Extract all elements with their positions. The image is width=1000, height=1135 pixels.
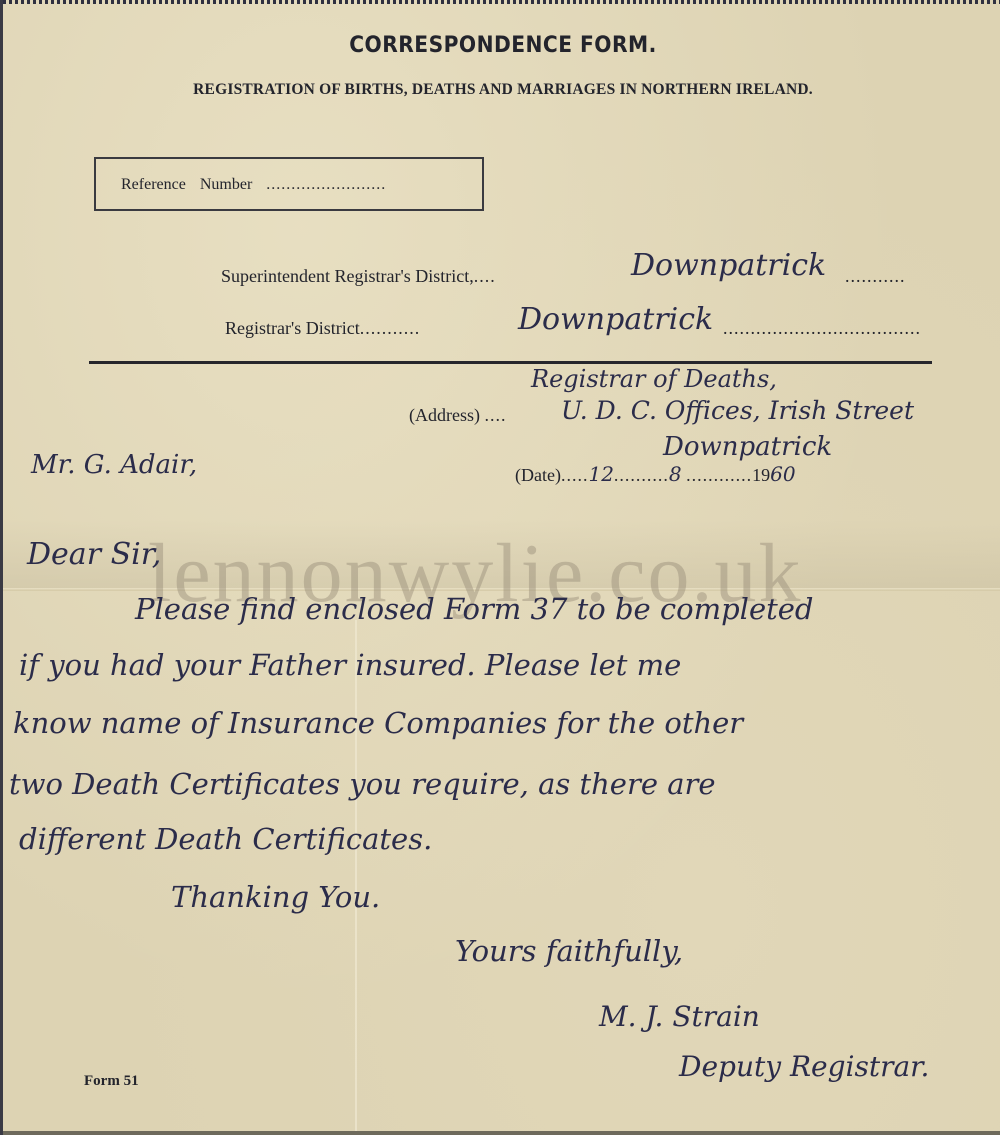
address-value: U. D. C. Offices, Irish Street xyxy=(561,396,914,425)
leader-dots: ........... xyxy=(360,318,421,338)
horizontal-rule xyxy=(89,361,932,364)
letter-line: different Death Certificates. xyxy=(19,822,432,856)
letter-line: know name of Insurance Companies for the… xyxy=(13,706,743,740)
registrar-district-label: Registrar's District xyxy=(225,318,360,338)
form-number: Form 51 xyxy=(84,1073,139,1090)
address-line-above: Registrar of Deaths, xyxy=(531,365,777,393)
address-line-below: Downpatrick xyxy=(663,432,832,462)
superintendent-district-label: Superintendent Registrar's District, xyxy=(221,266,474,286)
reference-label-2: Number xyxy=(200,176,252,193)
date-year-prefix: 19 xyxy=(752,465,770,485)
address-row: (Address) .... xyxy=(409,405,506,426)
date-year-suffix: 60 xyxy=(770,462,795,486)
reference-label-1: Reference xyxy=(121,176,186,193)
leader-dots: ..... xyxy=(561,465,589,485)
form-subtitle: REGISTRATION OF BIRTHS, DEATHS AND MARRI… xyxy=(3,81,1000,99)
letter-salutation: Dear Sir, xyxy=(27,537,161,572)
superintendent-district-row: Superintendent Registrar's District,.... xyxy=(221,266,496,287)
letter-line: Please find enclosed Form 37 to be compl… xyxy=(135,592,814,626)
date-day: 12 xyxy=(588,462,613,486)
trailing-dots: ........... xyxy=(845,266,906,287)
document-page: CORRESPONDENCE FORM. REGISTRATION OF BIR… xyxy=(0,0,1000,1135)
leader-dots: .... xyxy=(474,266,496,286)
letter-line: two Death Certificates you require, as t… xyxy=(9,767,716,801)
recipient-name: Mr. G. Adair, xyxy=(31,450,197,480)
date-label: (Date) xyxy=(515,465,561,485)
signature: M. J. Strain xyxy=(599,1000,760,1033)
leader-dots: .... xyxy=(484,405,506,425)
date-month: 8 xyxy=(669,462,682,486)
address-label: (Address) xyxy=(409,405,480,425)
registrar-district-row: Registrar's District........... xyxy=(225,318,420,339)
letter-line: if you had your Father insured. Please l… xyxy=(19,648,681,682)
vertical-fold-crease xyxy=(355,620,357,1135)
letter-closing: Yours faithfully, xyxy=(455,934,683,968)
letter-thanks: Thanking You. xyxy=(171,880,380,914)
reference-dots: ........................ xyxy=(266,176,386,193)
trailing-dots: .................................... xyxy=(723,318,921,339)
signatory-title: Deputy Registrar. xyxy=(679,1050,929,1083)
date-row: (Date).....12..........8 ............196… xyxy=(515,462,796,486)
page-bottom-edge xyxy=(3,1131,1000,1135)
leader-dots: ............ xyxy=(686,465,752,485)
reference-number-box: Reference Number .......................… xyxy=(94,157,484,211)
reference-number-field: Reference Number .......................… xyxy=(121,176,396,194)
leader-dots: .......... xyxy=(614,465,669,485)
registrar-district-value: Downpatrick xyxy=(518,302,713,337)
perforated-edge xyxy=(3,0,1000,4)
superintendent-district-value: Downpatrick xyxy=(631,248,826,283)
form-title: CORRESPONDENCE FORM. xyxy=(43,33,963,58)
